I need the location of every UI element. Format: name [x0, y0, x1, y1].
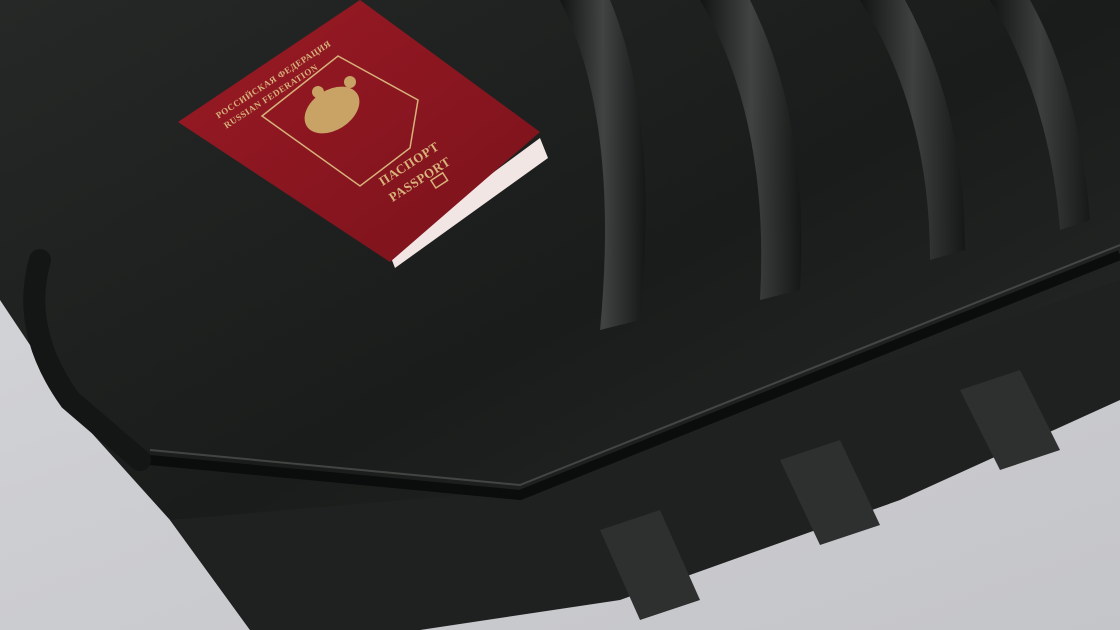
photo-scene: РОССИЙСКАЯ ФЕДЕРАЦИЯ RUSSIAN FEDERATION …: [0, 0, 1120, 630]
suitcase-illustration: [0, 0, 1120, 630]
